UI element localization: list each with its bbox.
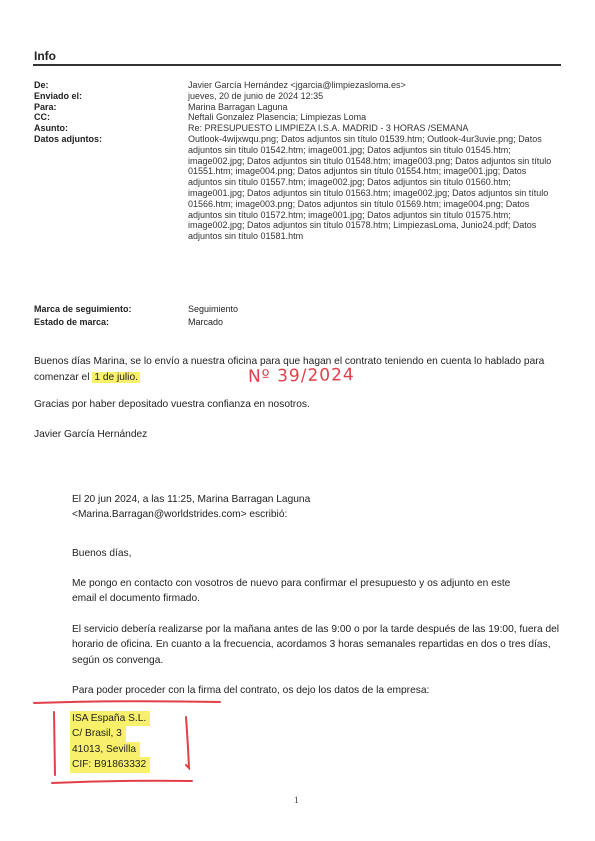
quoted-paragraph-1: Me pongo en contacto con vosotros de nue… [72, 576, 537, 607]
quoted-attribution: El 20 jun 2024, a las 11:25, Marina Barr… [72, 492, 362, 523]
section-title: Info [34, 49, 56, 63]
red-bracket-left [54, 712, 55, 775]
title-divider [33, 64, 561, 66]
field-subject: Asunto: Re: PRESUPUESTO LIMPIEZA I.S.A. … [34, 123, 564, 134]
field-flag-status: Estado de marca: Marcado [34, 316, 564, 329]
sender: Javier García Hernández <jgarcia@limpiez… [188, 80, 564, 91]
company-city: 41013, Sevilla [70, 742, 140, 757]
sent-date: jueves, 20 de junio de 2024 12:35 [188, 91, 564, 102]
field-flag: Marca de seguimiento: Seguimiento [34, 303, 564, 316]
field-to: Para: Marina Barragan Laguna [34, 102, 564, 113]
red-underline-bottom [52, 781, 192, 783]
red-bracket-right [186, 717, 189, 768]
company-cif: CIF: B91863332 [70, 757, 150, 772]
field-cc: CC: Neftali Gonzalez Plasencia; Limpieza… [34, 112, 564, 123]
field-attachments: Datos adjuntos: Outlook-4wijxwqu.png; Da… [34, 134, 564, 242]
field-sent: Enviado el: jueves, 20 de junio de 2024 … [34, 91, 564, 102]
quoted-paragraph-3: Para poder proceder con la firma del con… [72, 683, 572, 698]
flag-fields: Marca de seguimiento: Seguimiento Estado… [34, 303, 564, 328]
email-header-fields: De: Javier García Hernández <jgarcia@lim… [34, 80, 564, 242]
company-name: ISA España S.L. [70, 711, 150, 726]
red-underline-top [34, 701, 220, 703]
highlighted-start-date: 1 de julio. [92, 372, 140, 383]
document-page: Info De: Javier García Hernández <jgarci… [0, 0, 595, 841]
field-from: De: Javier García Hernández <jgarcia@lim… [34, 80, 564, 91]
company-details: ISA España S.L. C/ Brasil, 3 41013, Sevi… [70, 711, 150, 773]
quoted-greeting: Buenos días, [72, 546, 572, 561]
page-number: 1 [294, 795, 299, 805]
subject: Re: PRESUPUESTO LIMPIEZA I.S.A. MADRID -… [188, 123, 564, 134]
attachments-list: Outlook-4wijxwqu.png; Datos adjuntos sin… [188, 134, 564, 242]
reply-signature: Javier García Hernández [34, 429, 147, 440]
company-street: C/ Brasil, 3 [70, 726, 126, 741]
reply-paragraph-2: Gracias por haber depositado vuestra con… [34, 399, 310, 410]
cc-recipients: Neftali Gonzalez Plasencia; Limpiezas Lo… [188, 112, 564, 123]
handwritten-contract-number: Nº 39/2024 [248, 365, 355, 387]
quoted-paragraph-2: El servicio debería realizarse por la ma… [72, 622, 562, 668]
recipient: Marina Barragan Laguna [188, 102, 564, 113]
